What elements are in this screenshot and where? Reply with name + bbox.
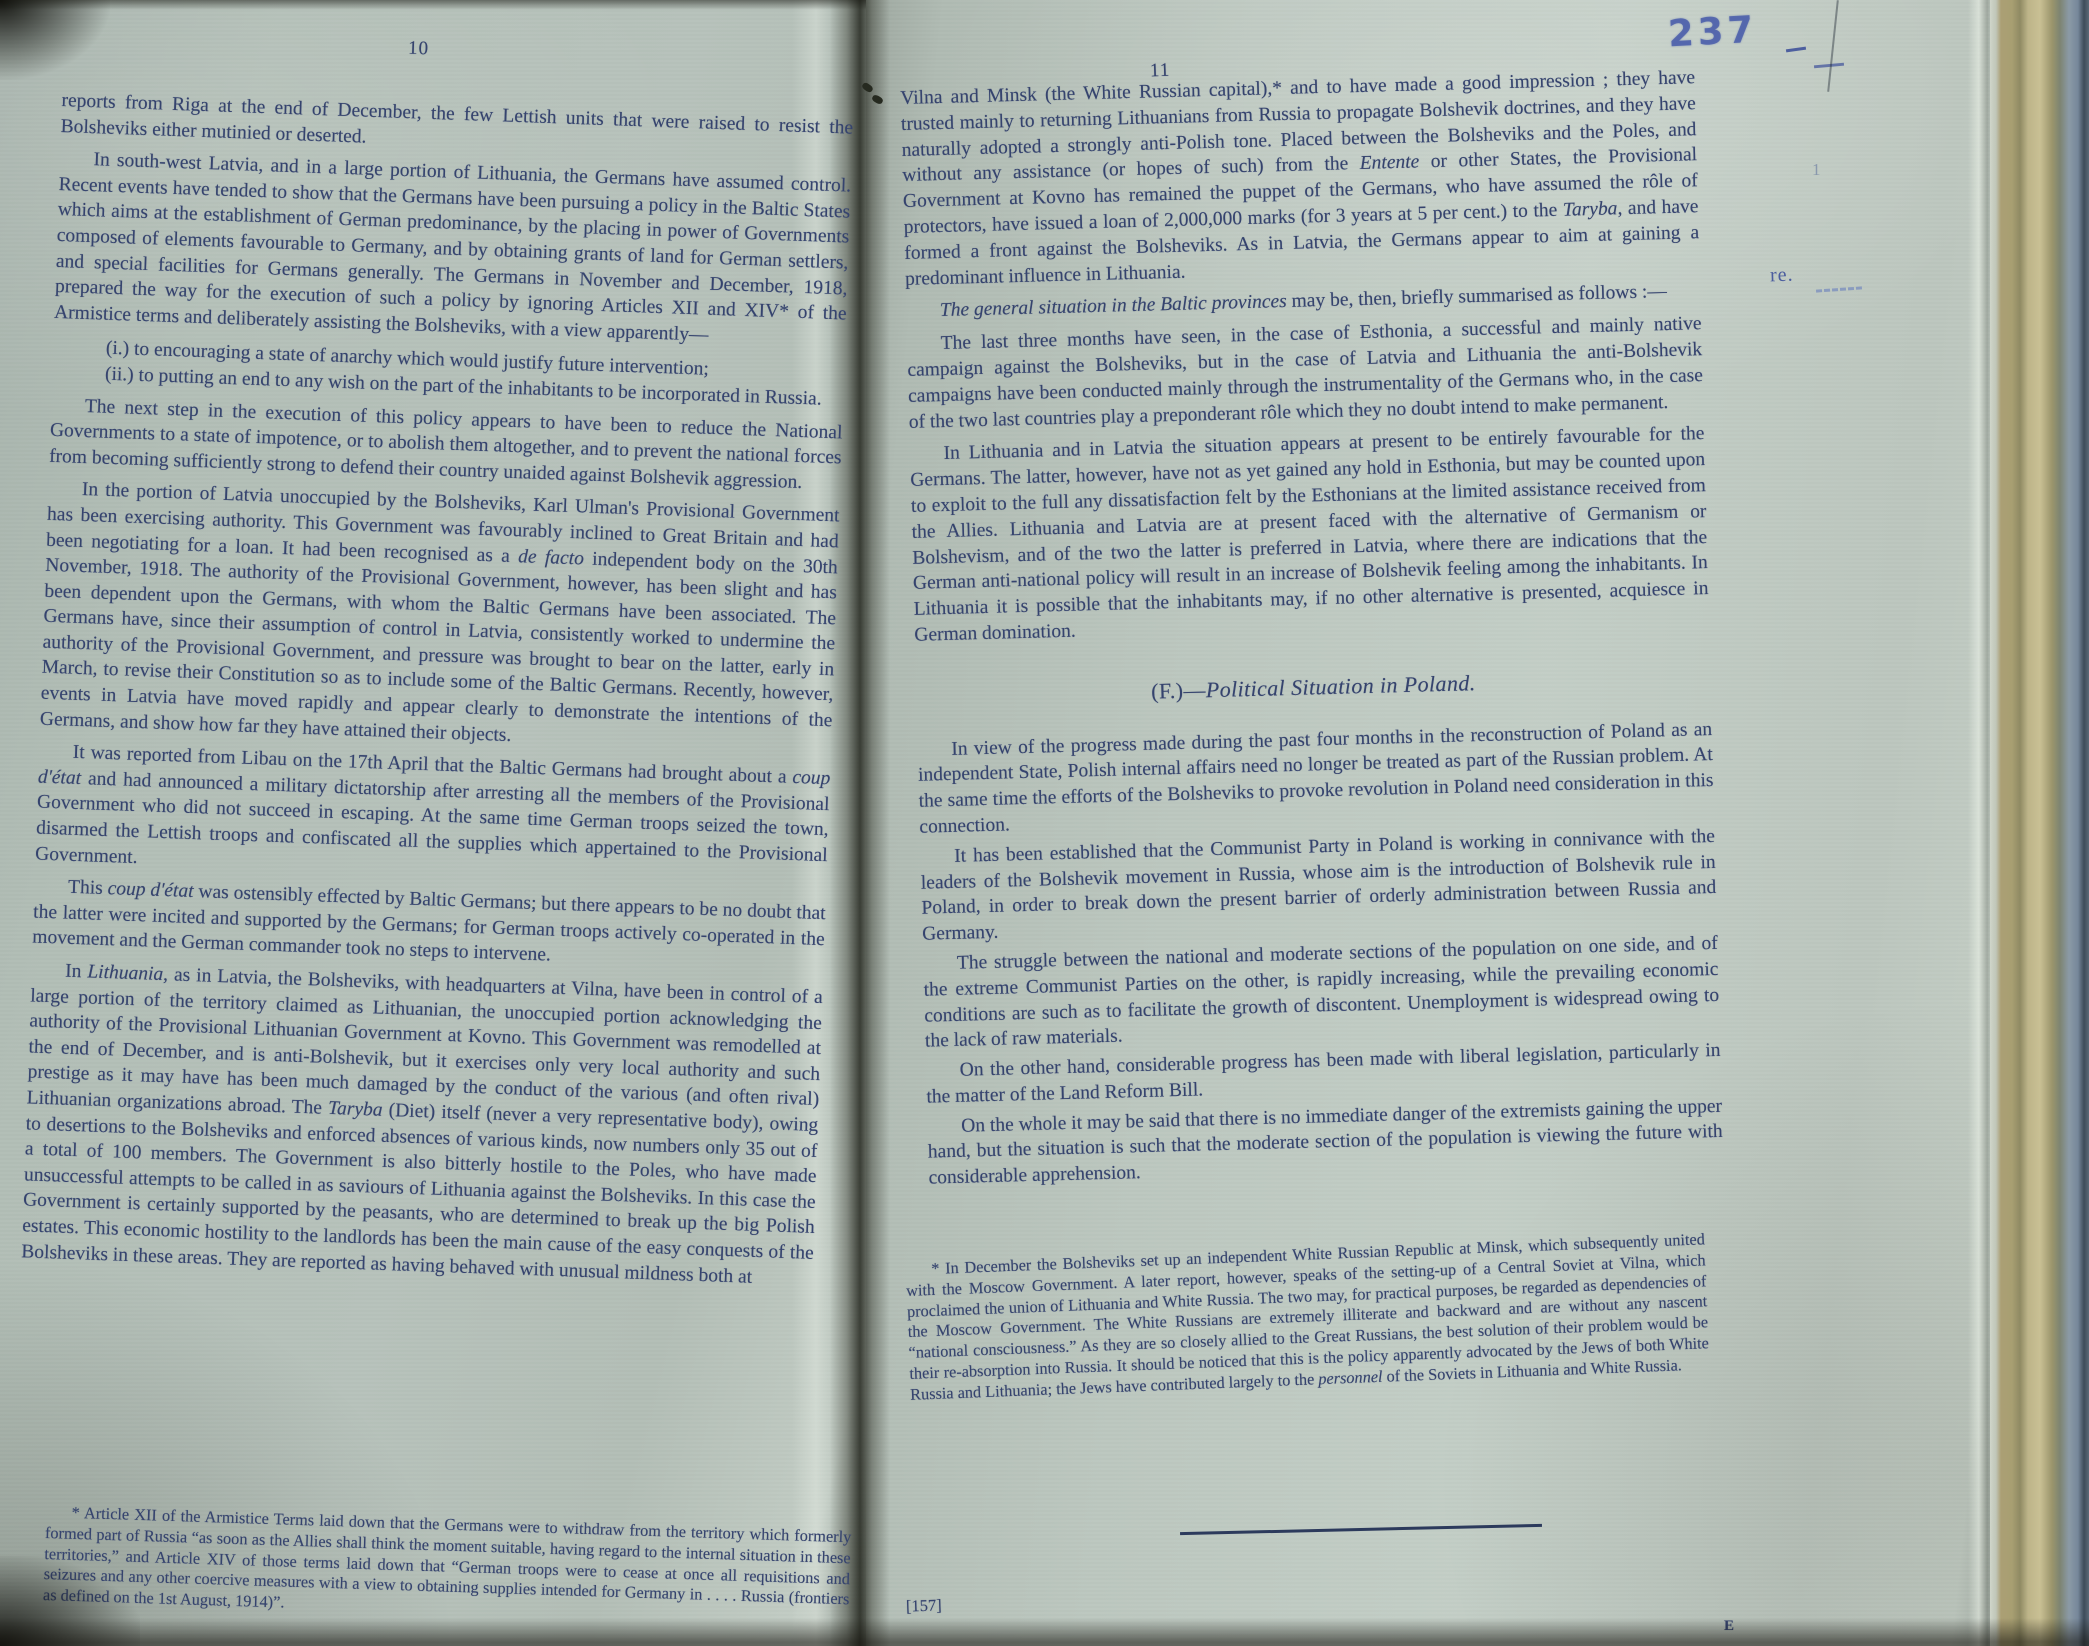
- left-page-body: reports from Riga at the end of December…: [21, 88, 854, 1292]
- paragraph: The struggle between the national and mo…: [923, 931, 1720, 1055]
- page-number-left: 10: [408, 38, 430, 61]
- photo-top-edge-shadow: [0, 0, 866, 10]
- margin-note: re.: [1770, 264, 1794, 288]
- paragraph: In Lithuania, as in Latvia, the Bolshevi…: [21, 957, 823, 1292]
- paragraph: In Lithuania and in Latvia the situation…: [909, 421, 1709, 648]
- faint-ink-digit: 1: [1812, 160, 1821, 180]
- paragraph: It was reported from Libau on the 17th A…: [35, 739, 831, 895]
- section-heading: (F.)—Political Situation in Poland.: [916, 664, 1711, 711]
- photo-corner-shadow-top-left: [0, 0, 110, 80]
- paragraph: In south-west Latvia, and in a large por…: [54, 146, 852, 353]
- page-edge-crease: [1968, 0, 1992, 1646]
- book-fore-edge: [1990, 0, 2089, 1646]
- footnote-paragraph: * In December the Bolsheviks set up an i…: [905, 1229, 1710, 1405]
- photo-bottom-edge-shadow: [0, 1618, 2089, 1646]
- imprint-number: [157]: [906, 1595, 942, 1616]
- right-page-footnote: * In December the Bolsheviks set up an i…: [905, 1229, 1710, 1405]
- paragraph: In view of the progress made during the …: [917, 716, 1714, 840]
- paragraph: The last three months have seen, in the …: [906, 311, 1703, 435]
- right-page-body: Vilna and Minsk (the White Russian capit…: [900, 65, 1724, 1192]
- paragraph: In the portion of Latvia unoccupied by t…: [40, 476, 840, 759]
- paragraph: Vilna and Minsk (the White Russian capit…: [900, 65, 1700, 292]
- folio-stamp: 237: [1667, 8, 1758, 56]
- photo-of-book-spread: 10 reports from Riga at the end of Decem…: [0, 0, 2089, 1646]
- paragraph: It has been established that the Communi…: [920, 824, 1717, 948]
